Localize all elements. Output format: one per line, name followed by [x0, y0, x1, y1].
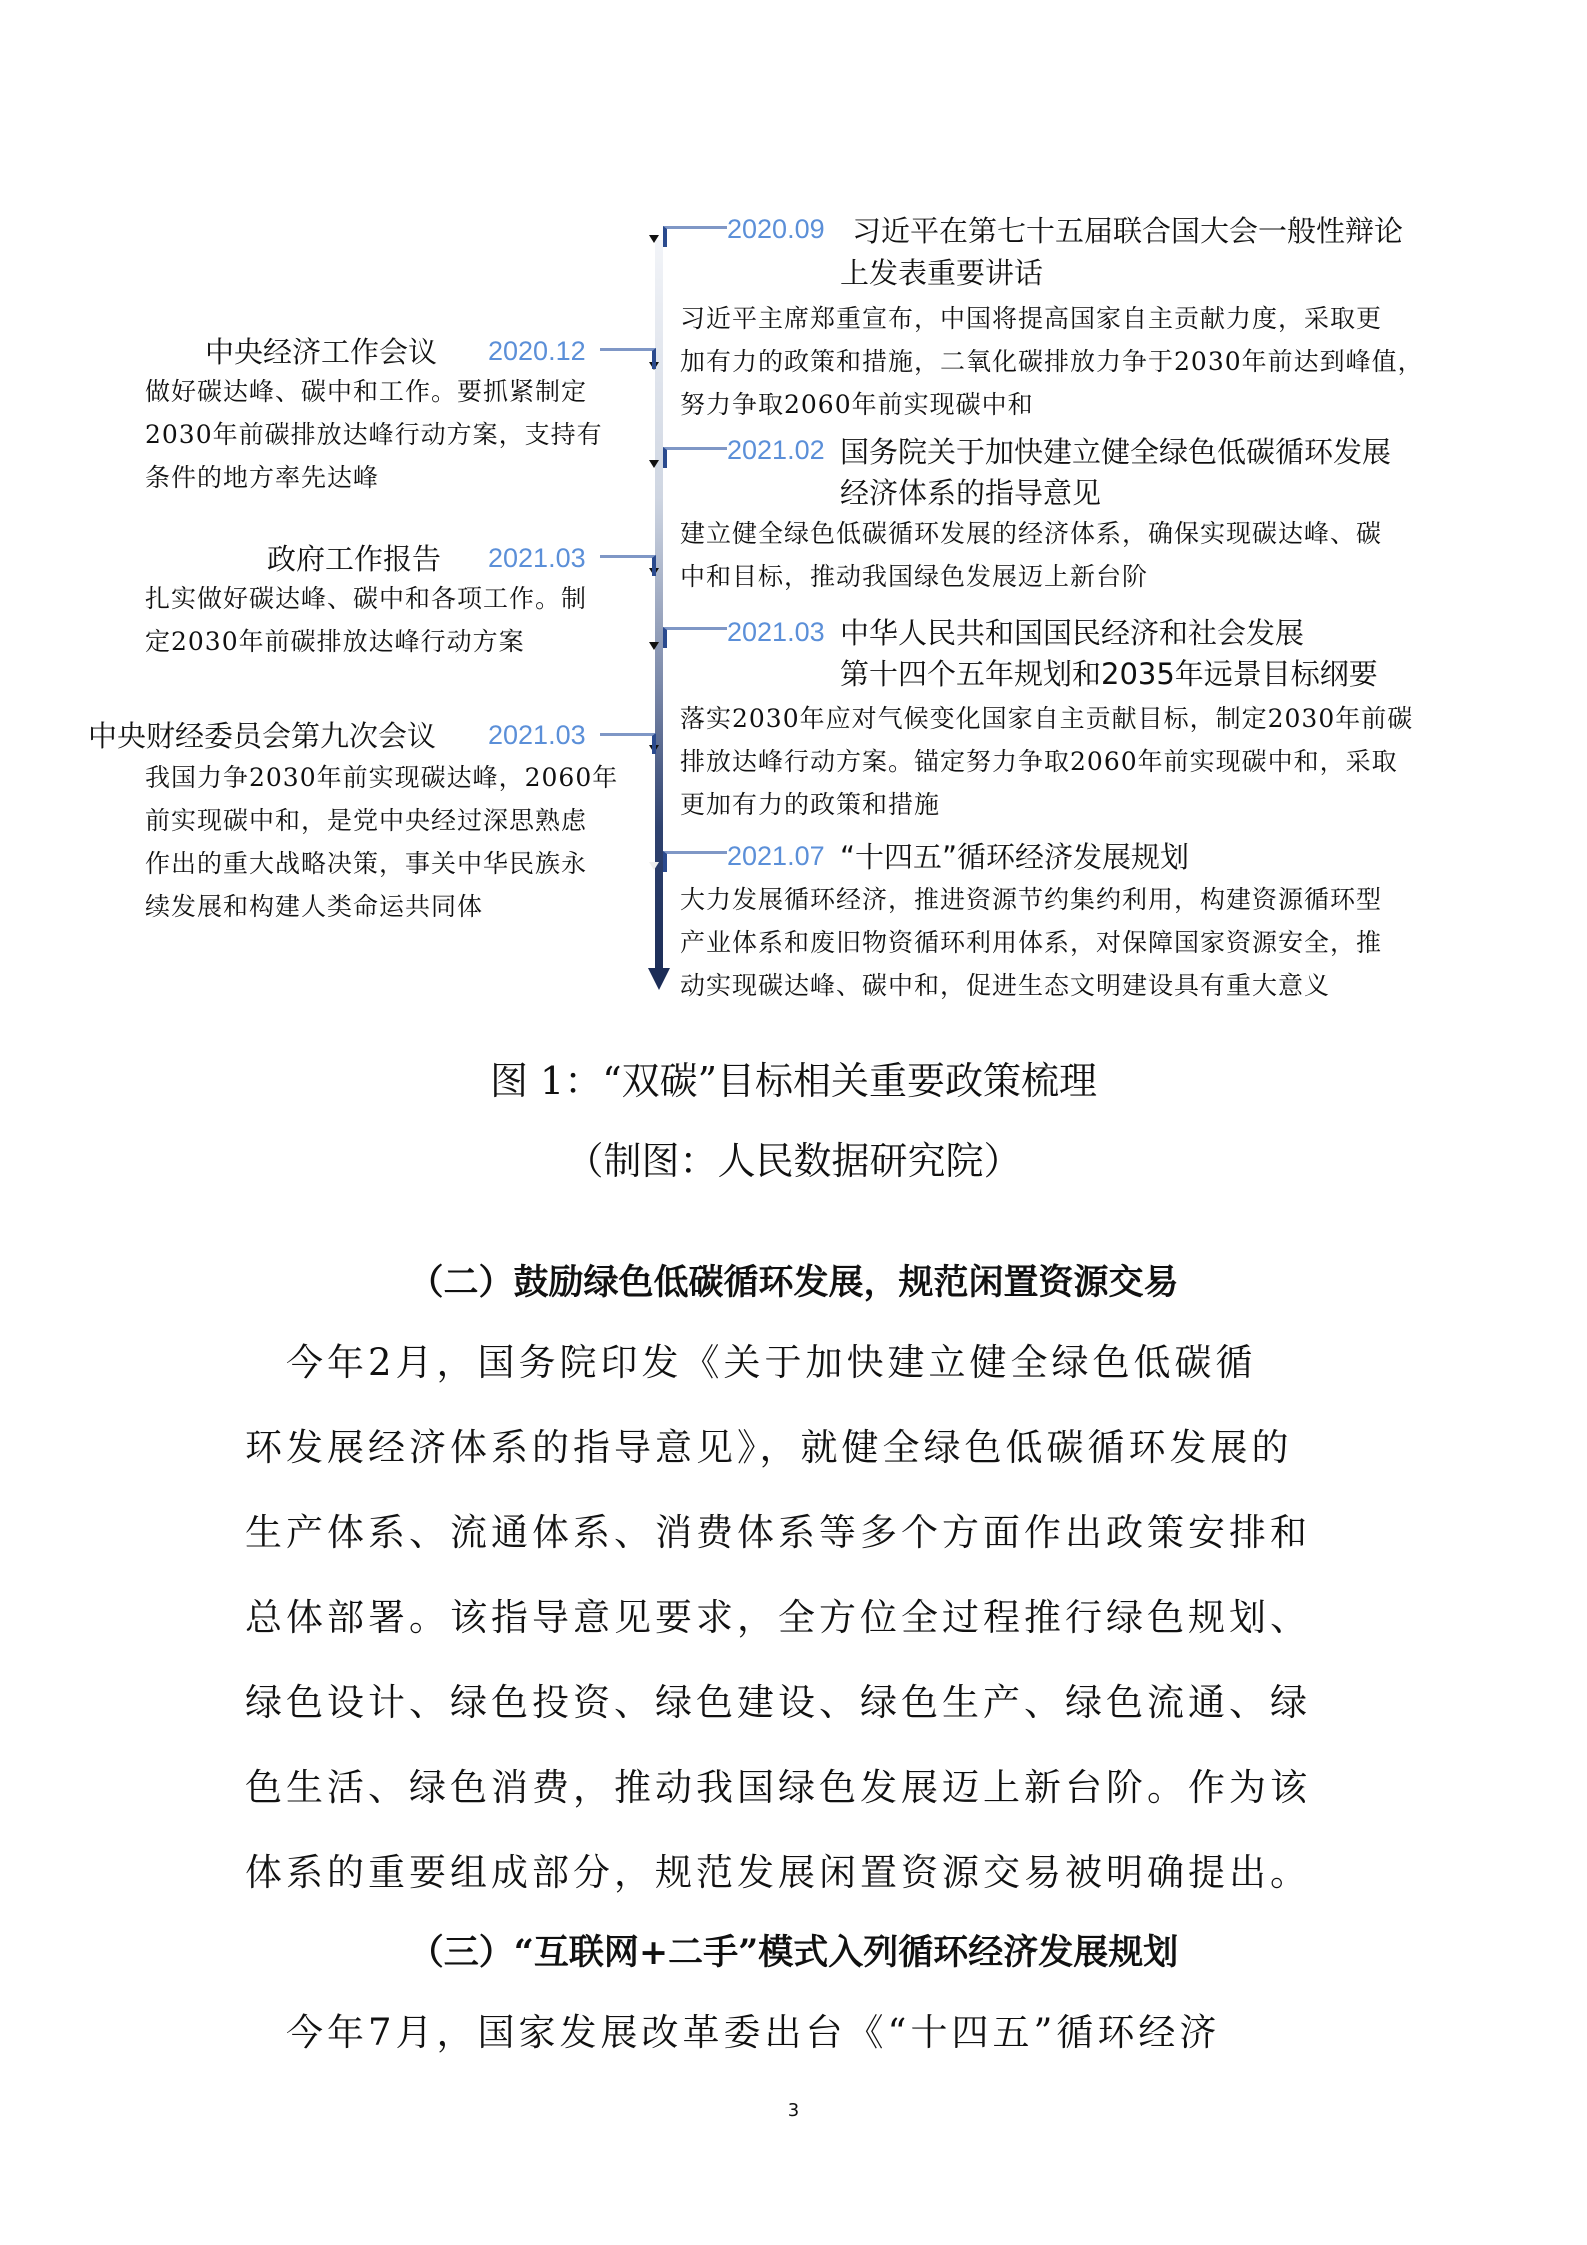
connector-line — [600, 348, 656, 369]
connector-line — [663, 226, 727, 247]
figure-source: （制图：人民数据研究院） — [0, 1130, 1587, 1185]
event-date: 2020.09 — [727, 214, 825, 245]
section-3-paragraph: 今年7月，国家发展改革委出台《“十四五”循环经济 — [245, 1990, 1360, 2075]
event-title-line: 国务院关于加快建立健全绿色低碳循环发展 — [840, 433, 1391, 471]
event-description: 落实2030年应对气候变化国家自主贡献目标，制定2030年前碳 排放达峰行动方案… — [680, 697, 1480, 826]
connector-line — [663, 447, 727, 468]
connector-line — [600, 733, 656, 754]
tick-marker-icon — [649, 235, 659, 243]
event-title-line: 习近平在第七十五届联合国大会一般性辩论 — [852, 212, 1403, 250]
event-description: 大力发展循环经济，推进资源节约集约利用，构建资源循环型 产业体系和废旧物资循环利… — [680, 878, 1480, 1007]
page-number: 3 — [0, 2100, 1587, 2121]
tick-marker-icon — [649, 642, 659, 650]
section-heading-3: （三）“互联网+二手”模式入列循环经济发展规划 — [0, 1925, 1587, 1975]
connector-line — [663, 627, 727, 648]
event-date: 2021.02 — [727, 435, 825, 466]
event-description: 建立健全绿色低碳循环发展的经济体系，确保实现碳达峰、碳 中和目标，推动我国绿色发… — [680, 512, 1480, 598]
event-date: 2021.03 — [727, 617, 825, 648]
event-date: 2021.07 — [727, 841, 825, 872]
event-description: 扎实做好碳达峰、碳中和各项工作。制 定2030年前碳排放达峰行动方案 — [145, 577, 645, 663]
event-title-line: 第十四个五年规划和2035年远景目标纲要 — [840, 655, 1378, 693]
event-date: 2021.03 — [488, 720, 586, 751]
event-description: 习近平主席郑重宣布，中国将提高国家自主贡献力度，采取更 加有力的政策和措施，二氧… — [680, 297, 1480, 426]
figure-caption: 图 1：“双碳”目标相关重要政策梳理 — [0, 1050, 1587, 1105]
tick-marker-icon — [649, 862, 659, 870]
event-title: 中央财经委员会第九次会议 — [88, 717, 436, 755]
event-title-line: 经济体系的指导意见 — [840, 474, 1101, 512]
event-title-line: 中华人民共和国国民经济和社会发展 — [840, 614, 1304, 652]
section-2-paragraph: 今年2月，国务院印发《关于加快建立健全绿色低碳循 环发展经济体系的指导意见》，就… — [245, 1320, 1360, 1915]
connector-line — [600, 555, 656, 576]
connector-line — [663, 851, 727, 872]
event-date: 2021.03 — [488, 543, 586, 574]
event-title: 政府工作报告 — [267, 540, 441, 578]
event-title: 中央经济工作会议 — [205, 333, 437, 371]
timeline-arrow-down-icon — [648, 968, 670, 990]
event-description: 我国力争2030年前实现碳达峰，2060年 前实现碳中和，是党中央经过深思熟虑 … — [145, 756, 645, 928]
event-date: 2020.12 — [488, 336, 586, 367]
event-title-line: “十四五”循环经济发展规划 — [840, 838, 1189, 876]
event-description: 做好碳达峰、碳中和工作。要抓紧制定 2030年前碳排放达峰行动方案，支持有 条件… — [145, 370, 645, 499]
event-title-line: 上发表重要讲话 — [840, 254, 1043, 292]
tick-marker-icon — [649, 460, 659, 468]
section-heading-2: （二）鼓励绿色低碳循环发展，规范闲置资源交易 — [0, 1255, 1587, 1305]
